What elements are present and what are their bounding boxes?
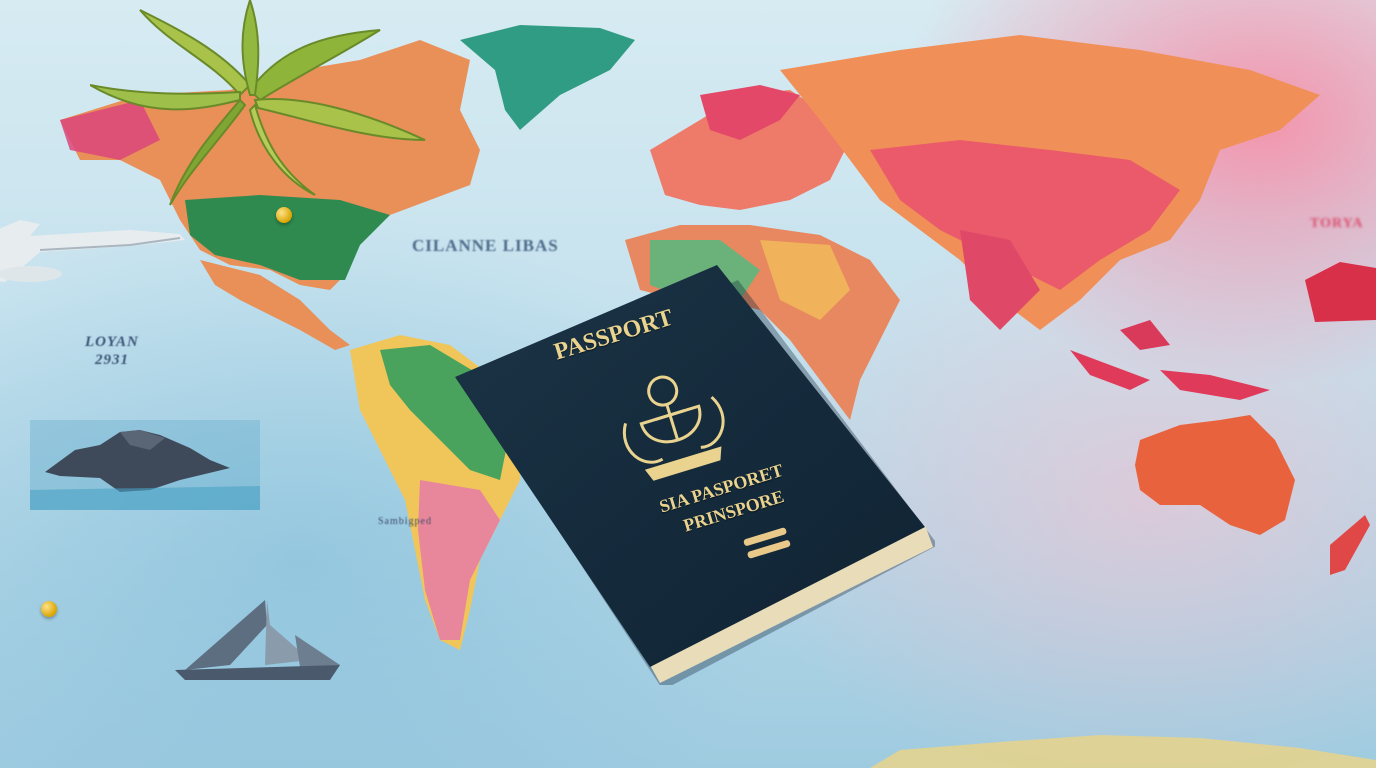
map-label-city: Sambigped <box>378 516 432 527</box>
island-photo <box>30 420 260 510</box>
world-map-background: CILANNE LIBAS LOYAN 2931 TORYA Sambigped <box>0 0 1376 768</box>
toy-airplane-icon <box>0 212 190 282</box>
sailboat-sculpture-icon <box>170 595 350 685</box>
map-pin-north-america <box>276 207 292 223</box>
map-label-year: 2931 <box>95 352 129 369</box>
map-label-east: TORYA <box>1310 216 1364 232</box>
passport[interactable] <box>455 265 935 685</box>
map-pin-pacific <box>41 601 57 617</box>
map-label-region: LOYAN <box>85 334 139 351</box>
map-label-ocean: CILANNE LIBAS <box>412 236 559 256</box>
palm-leaves-icon <box>90 0 430 210</box>
